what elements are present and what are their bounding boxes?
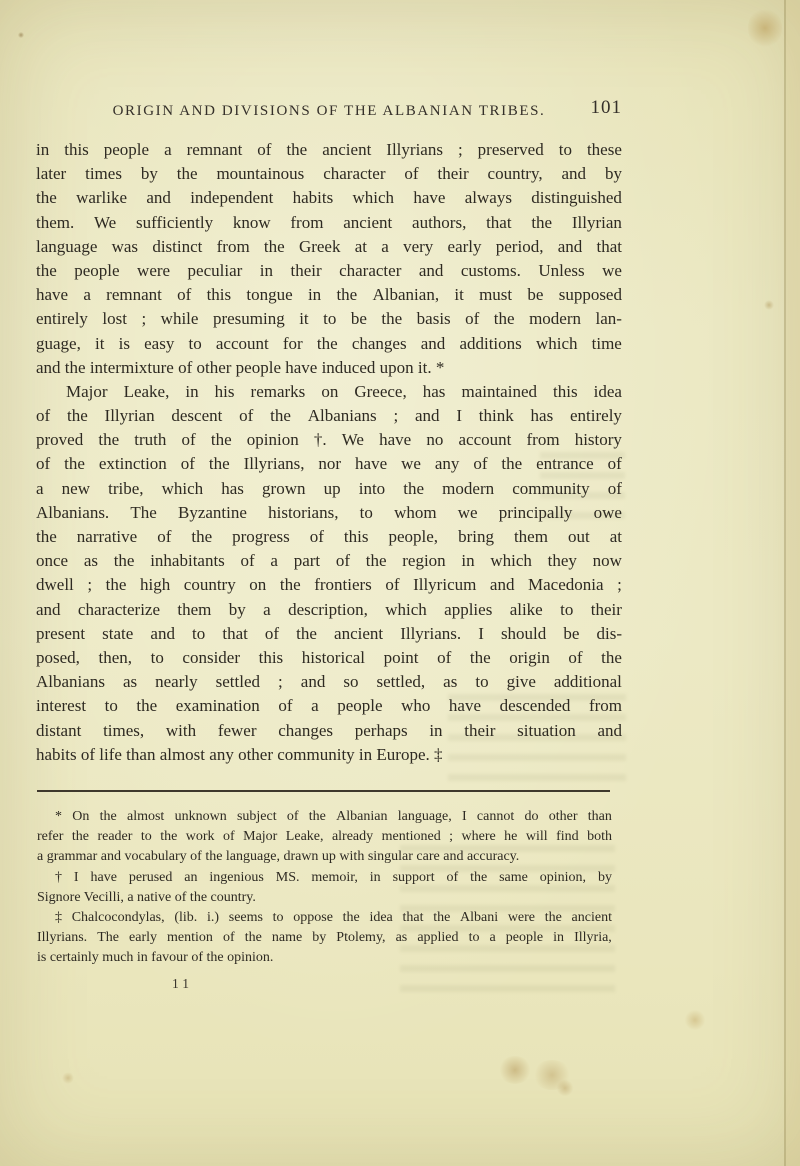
text-line: guage,itiseasytoaccountforthechangesanda… (36, 332, 622, 356)
text-line: Illyrians.TheearlymentionofthenamebyPtol… (37, 928, 612, 948)
text-line: entirelylost;whilepresumingittobethebasi… (36, 307, 622, 331)
signature-mark: 11 (172, 976, 193, 992)
page-header: ORIGIN AND DIVISIONS OF THE ALBANIAN TRI… (36, 100, 622, 124)
body-text: inthispeoplearemnantoftheancientIllyrian… (36, 138, 622, 767)
paragraph: MajorLeake,inhisremarksonGreece,hasmaint… (36, 380, 622, 767)
text-line: Signore Vecilli, a native of the country… (37, 888, 612, 908)
text-line: Albaniansasnearlysettled;andsosettled,as… (36, 670, 622, 694)
foxing-stain (556, 1080, 574, 1096)
text-line: havearemnantofthistongueintheAlbanian,it… (36, 283, 622, 307)
page-number: 101 (591, 97, 623, 119)
text-line: inthispeoplearemnantoftheancientIllyrian… (36, 138, 622, 162)
foxing-stain (764, 300, 774, 310)
footnotes: *OnthealmostunknownsubjectoftheAlbanianl… (37, 807, 612, 969)
text-line: them.Wesufficientlyknowfromancientauthor… (36, 211, 622, 235)
footnote: *OnthealmostunknownsubjectoftheAlbanianl… (37, 807, 612, 868)
text-line: thenarrativeoftheprogressofthispeople,br… (36, 525, 622, 549)
foxing-stain (62, 1072, 74, 1084)
text-line: oftheextinctionoftheIllyrians,norhavewea… (36, 452, 622, 476)
text-line: MajorLeake,inhisremarksonGreece,hasmaint… (36, 380, 622, 404)
text-line: dwell;thehighcountryonthefrontiersofIlly… (36, 573, 622, 597)
footnote: †IhaveperusedaningeniousMS.memoir,insupp… (37, 868, 612, 908)
text-line: †IhaveperusedaningeniousMS.memoir,insupp… (37, 868, 612, 888)
text-line: latertimesbythemountainouscharacterofthe… (36, 162, 622, 186)
foxing-stain (748, 6, 782, 50)
text-line: thepeoplewerepeculiarintheircharacterand… (36, 259, 622, 283)
book-page-scan: ORIGIN AND DIVISIONS OF THE ALBANIAN TRI… (0, 0, 800, 1166)
text-line: distanttimes,withfewerchangesperhapsinth… (36, 719, 622, 743)
text-line: habits of life than almost any other com… (36, 743, 622, 767)
text-line: anewtribe,whichhasgrownupintothemodernco… (36, 477, 622, 501)
text-line: oftheIllyriandescentoftheAlbanians;andIt… (36, 404, 622, 428)
running-title: ORIGIN AND DIVISIONS OF THE ALBANIAN TRI… (36, 100, 622, 122)
text-line: *OnthealmostunknownsubjectoftheAlbanianl… (37, 807, 612, 827)
text-line: languagewasdistinctfromtheGreekataveryea… (36, 235, 622, 259)
text-line: provedthetruthoftheopinion†.Wehavenoacco… (36, 428, 622, 452)
footnote-rule (37, 790, 610, 792)
foxing-stain (532, 1060, 572, 1090)
text-line: onceastheinhabitantsofapartoftheregionin… (36, 549, 622, 573)
page-edge-shading (786, 0, 800, 1166)
text-line: posed,then,toconsiderthishistoricalpoint… (36, 646, 622, 670)
footnote: ‡Chalcocondylas,(lib.i.)seemstoopposethe… (37, 908, 612, 969)
paragraph: inthispeoplearemnantoftheancientIllyrian… (36, 138, 622, 380)
text-line: andcharacterizethembyadescription,whicha… (36, 598, 622, 622)
foxing-stain (498, 1056, 532, 1084)
text-line: a grammar and vocabulary of the language… (37, 847, 612, 867)
ink-speck (18, 32, 24, 38)
text-line: referthereadertotheworkofMajorLeake,alre… (37, 827, 612, 847)
text-line: is certainly much in favour of the opini… (37, 948, 612, 968)
text-line: Albanians.TheByzantinehistorians,towhomw… (36, 501, 622, 525)
foxing-stain (684, 1010, 706, 1030)
text-line: interesttotheexaminationofapeoplewhohave… (36, 694, 622, 718)
text-line: ‡Chalcocondylas,(lib.i.)seemstoopposethe… (37, 908, 612, 928)
text-line: thewarlikeandindependenthabitswhichhavea… (36, 186, 622, 210)
text-line: and the intermixture of other people hav… (36, 356, 622, 380)
text-line: presentstateandtothatoftheancientIllyria… (36, 622, 622, 646)
